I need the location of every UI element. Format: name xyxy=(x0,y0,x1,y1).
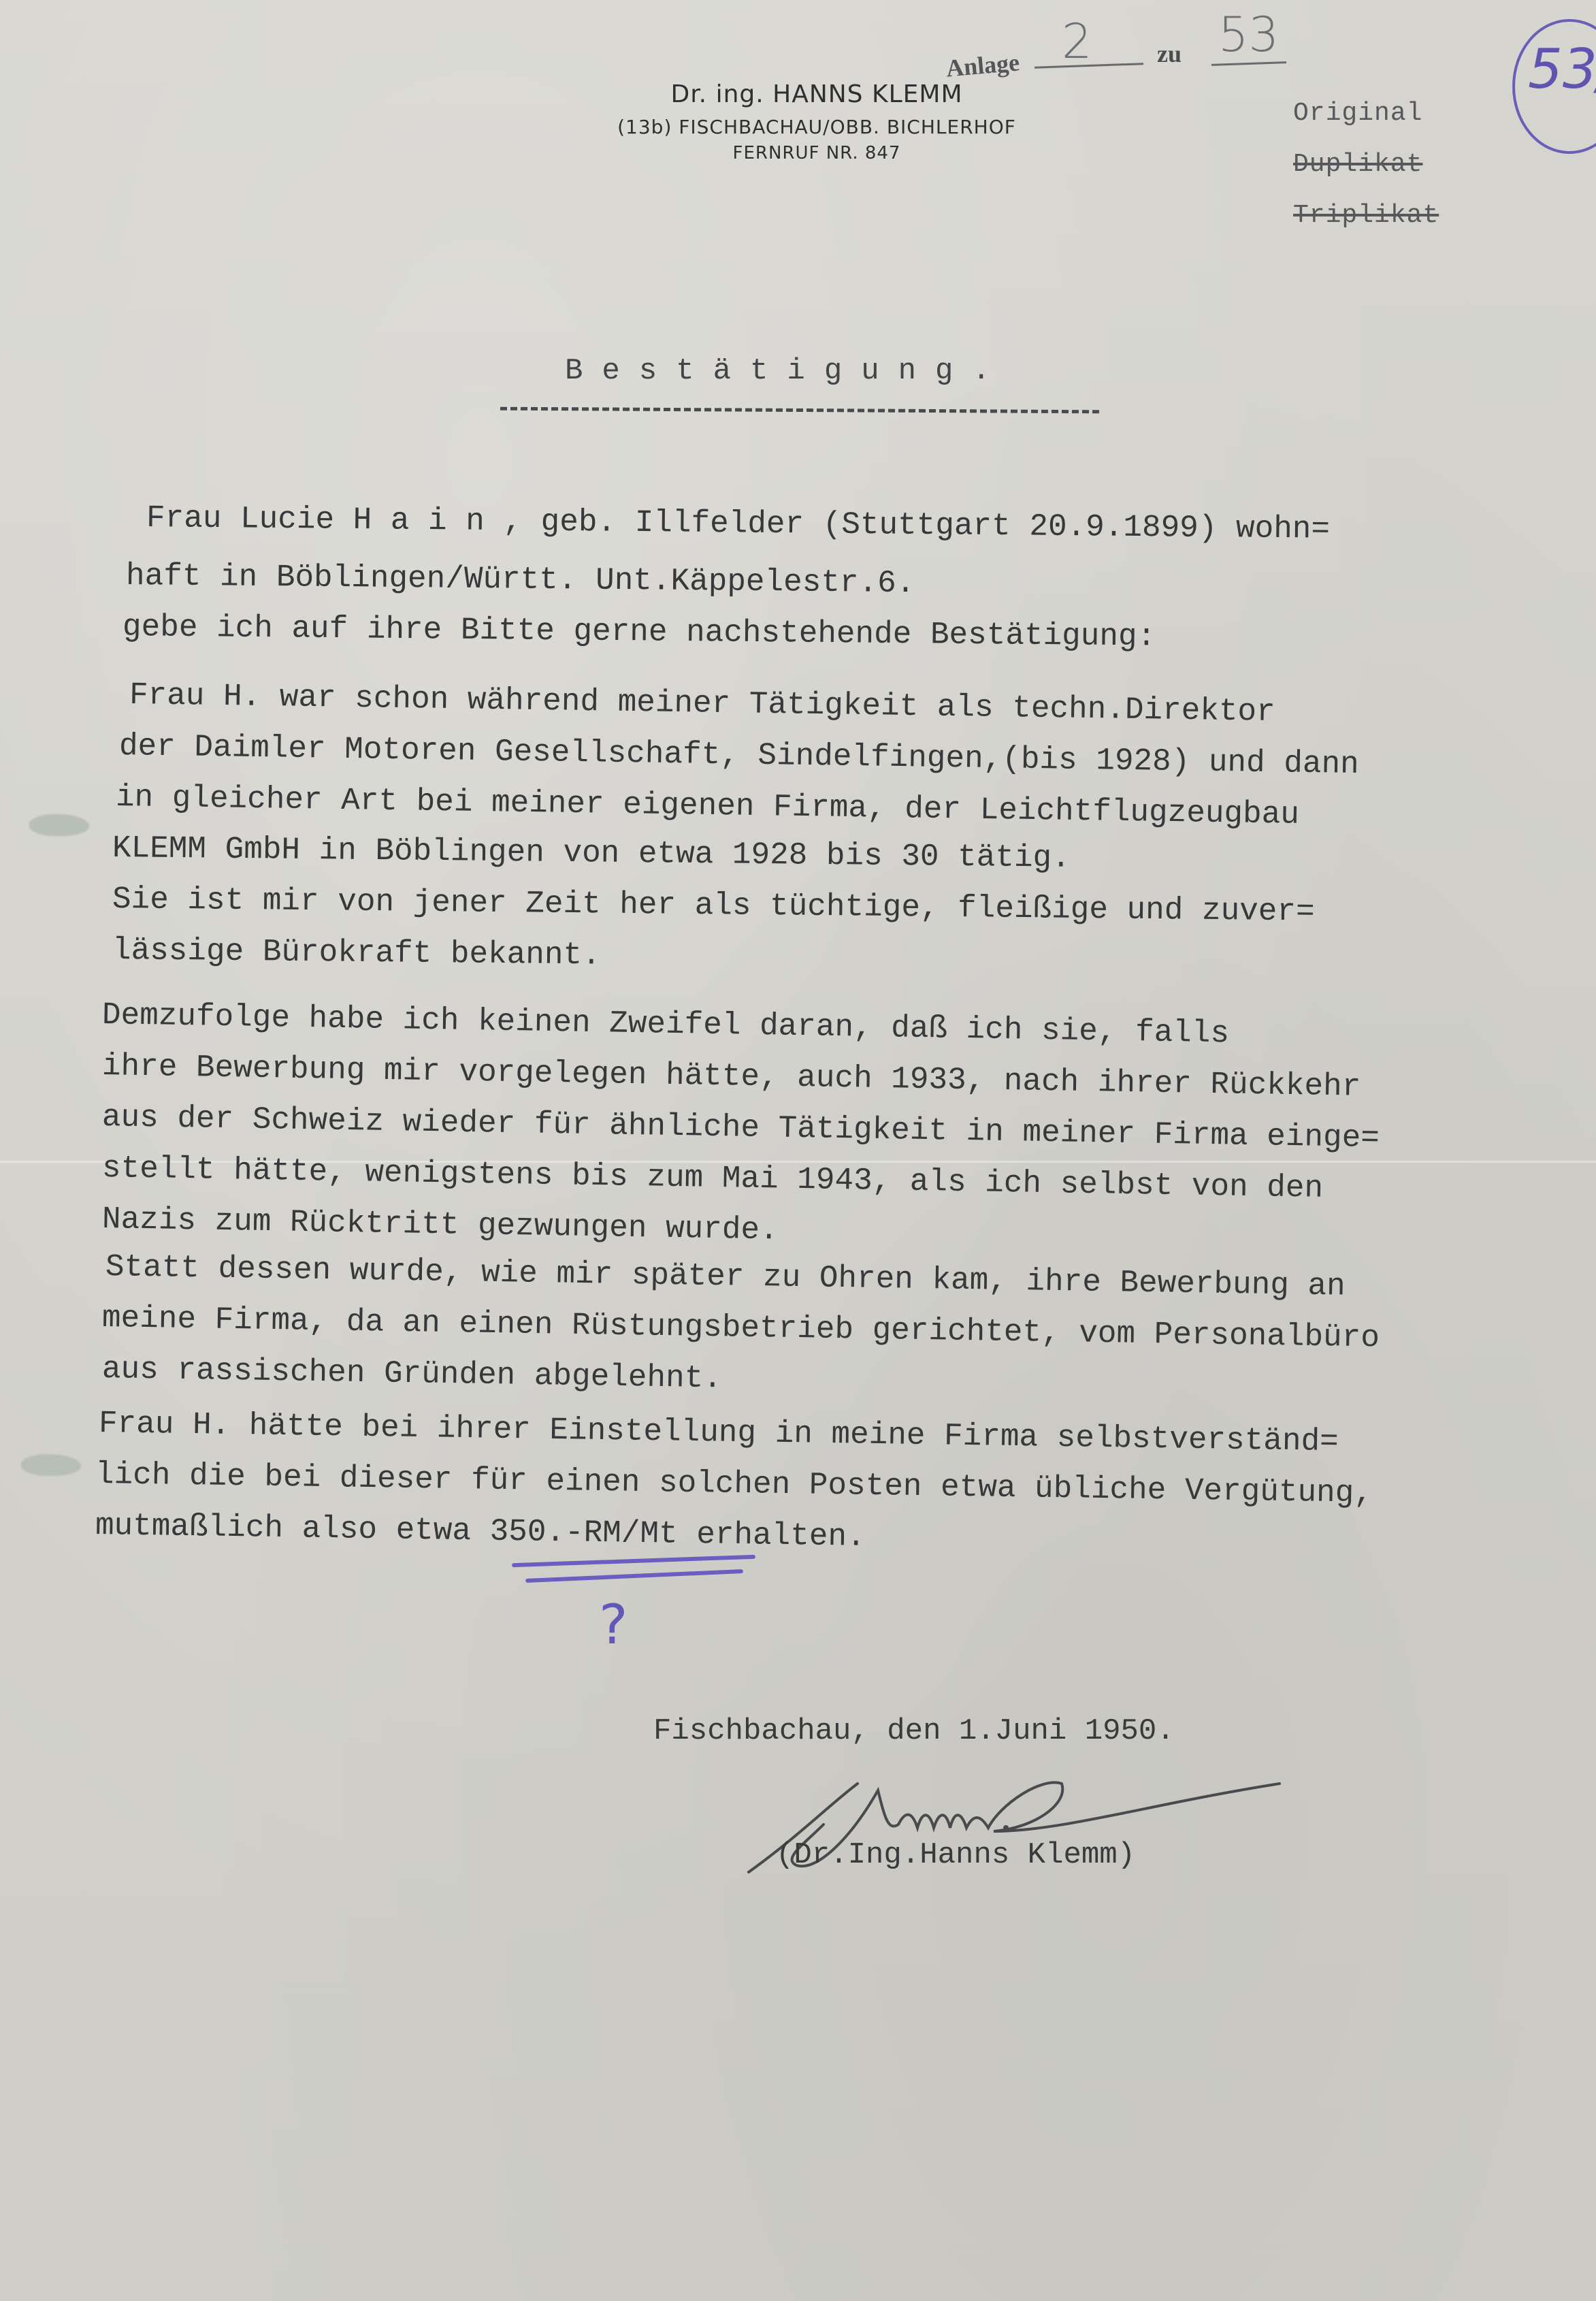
punch-hole-bottom xyxy=(20,1453,82,1477)
copy-mark-triplicate: Triplikat xyxy=(1293,201,1439,230)
signatory-name: (Dr.Ing.Hanns Klemm) xyxy=(776,1838,1135,1872)
margin-annotation: 53/ xyxy=(1528,37,1596,101)
copy-mark-duplicate: Duplikat xyxy=(1293,150,1422,179)
document-title: Bestätigung. xyxy=(565,354,1009,388)
ink-question-mark: ? xyxy=(599,1593,628,1656)
attachment-stamp-zu: zu xyxy=(1157,39,1182,68)
body-line: haft in Böblingen/Württ. Unt.Käppelestr.… xyxy=(126,558,915,601)
letterhead-name: Dr. ing. HANNS KLEMM xyxy=(599,80,1035,108)
letterhead-address: (13b) FISCHBACHAU/OBB. BICHLERHOF xyxy=(599,116,1035,138)
attachment-page-number: 53 xyxy=(1218,7,1279,63)
copy-mark-original: Original xyxy=(1293,99,1422,128)
letterhead-phone: FERNRUF NR. 847 xyxy=(599,143,1035,163)
attachment-number: 2 xyxy=(1062,14,1092,69)
place-and-date: Fischbachau, den 1.Juni 1950. xyxy=(653,1714,1175,1748)
punch-hole-top xyxy=(29,814,90,837)
body-line: lässige Bürokraft bekannt. xyxy=(112,933,601,973)
